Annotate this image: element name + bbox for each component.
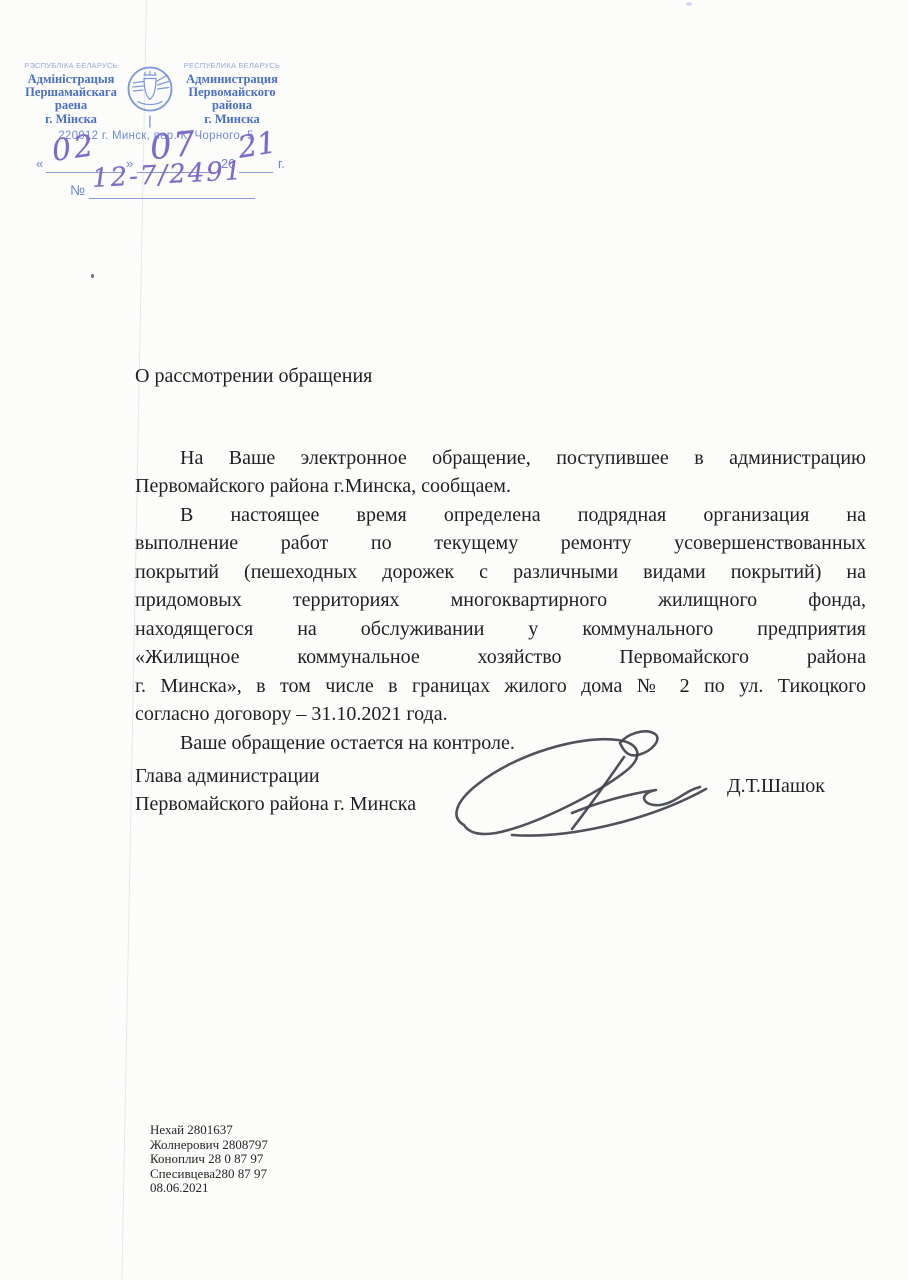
country-name-by: РЭСПУБЛІКА БЕЛАРУСЬ — [22, 61, 120, 70]
handwritten-signature-icon — [448, 727, 738, 842]
body-line: г. Минска», в том числе в границах жилог… — [135, 672, 866, 701]
signer-name: Д.Т.Шашок — [727, 775, 825, 798]
year-suffix: г. — [278, 156, 285, 171]
org-name-ru-line: г. Минска — [180, 113, 284, 126]
number-sign: № — [70, 182, 85, 198]
executors-footer: Нехай 2801637 Жолнерович 2808797 Конопли… — [150, 1123, 268, 1196]
org-name-ru-line: района — [180, 99, 284, 112]
handwritten-day: 02 — [50, 128, 99, 169]
signer-title-line: Первомайского района г. Минска — [135, 790, 416, 818]
executor-line: Коноплич 28 0 87 97 — [150, 1152, 268, 1167]
blue-speck-artifact — [686, 2, 692, 6]
open-quote: « — [36, 156, 43, 171]
body-line: находящегося на обслуживании у коммуналь… — [135, 615, 866, 644]
org-name-by-line: раена — [22, 99, 120, 112]
body-line: покрытий (пешеходных дорожек с различным… — [135, 558, 866, 587]
executor-line: Спесивцева280 87 97 — [150, 1167, 268, 1182]
letterhead-belarusian-column: РЭСПУБЛІКА БЕЛАРУСЬ Адміністрацыя Першам… — [22, 61, 120, 127]
executor-line: 08.06.2021 — [150, 1181, 268, 1196]
letterhead-divider: | — [148, 114, 151, 127]
letterhead: РЭСПУБЛІКА БЕЛАРУСЬ Адміністрацыя Першам… — [22, 61, 284, 127]
coat-of-arms-icon — [126, 65, 174, 113]
scanned-letter-page: РЭСПУБЛІКА БЕЛАРУСЬ Адміністрацыя Першам… — [0, 0, 908, 1280]
subject-line: О рассмотрении обращения — [135, 362, 866, 391]
org-name-by-line: г. Мінска — [22, 113, 120, 126]
body-line: выполнение работ по текущему ремонту усо… — [135, 529, 866, 558]
letterhead-russian-column: РЕСПУБЛИКА БЕЛАРУСЬ Администрация Первом… — [180, 61, 284, 127]
body-line: придомовых территориях многоквартирного … — [135, 586, 866, 615]
executor-line: Жолнерович 2808797 — [150, 1138, 268, 1153]
executor-line: Нехай 2801637 — [150, 1123, 268, 1138]
ink-dot-artifact — [91, 274, 94, 278]
body-line: согласно договору – 31.10.2021 года. — [135, 700, 866, 729]
country-name-ru: РЕСПУБЛИКА БЕЛАРУСЬ — [180, 61, 284, 70]
signer-title: Глава администрации Первомайского района… — [135, 762, 416, 818]
letterhead-center: | — [122, 61, 178, 127]
body-line: На Ваше электронное обращение, поступивш… — [135, 444, 866, 473]
signer-title-line: Глава администрации — [135, 762, 416, 790]
body-line: Первомайского района г.Минска, сообщаем. — [135, 472, 866, 501]
body-line: В настоящее время определена подрядная о… — [135, 501, 866, 530]
letter-body: О рассмотрении обращения На Ваше электро… — [135, 362, 866, 757]
body-line: «Жилищное коммунальное хозяйство Первома… — [135, 643, 866, 672]
